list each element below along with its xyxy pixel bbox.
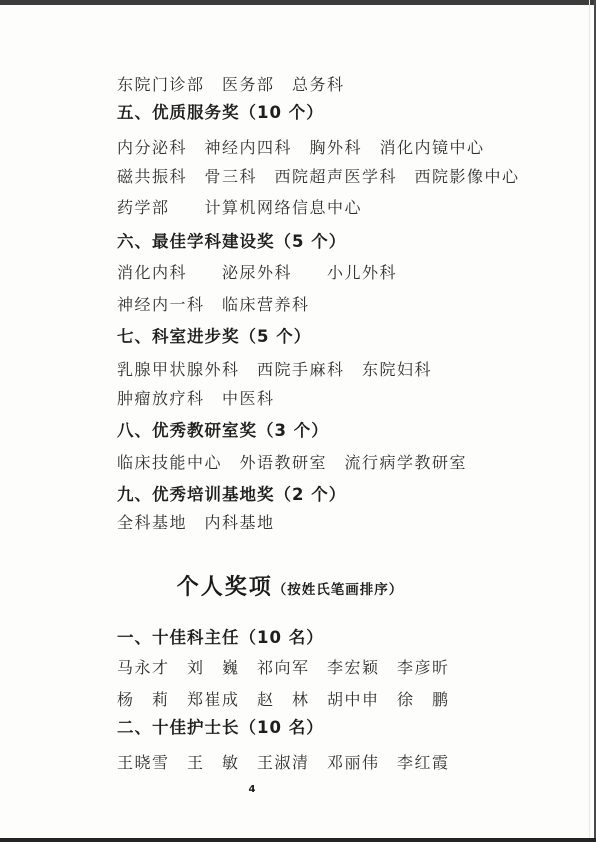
award-heading-1: 一、十佳科主任（10 名） <box>117 627 324 649</box>
award-heading-6: 六、最佳学科建设奖（5 个） <box>117 231 346 253</box>
document-page: 东院门诊部 医务部 总务科 五、优质服务奖（10 个） 内分泌科 神经内四科 胸… <box>0 0 596 842</box>
dept-list-line: 临床技能中心 外语教研室 流行病学教研室 <box>117 452 467 474</box>
dept-list-line: 内分泌科 神经内四科 胸外科 消化内镜中心 <box>117 137 485 159</box>
dept-list-line: 东院门诊部 医务部 总务科 <box>117 74 345 96</box>
name-list-line: 杨 莉 郑崔成 赵 林 胡中申 徐 鹏 <box>117 689 450 711</box>
dept-list-line: 磁共振科 骨三科 西院超声医学科 西院影像中心 <box>117 166 520 188</box>
dept-list-line: 药学部 计算机网络信息中心 <box>117 197 362 219</box>
dept-list-line: 全科基地 内科基地 <box>117 512 275 534</box>
scan-edge-right-faint <box>589 0 590 842</box>
dept-list-line: 神经内一科 临床营养科 <box>117 294 310 316</box>
scan-edge-bottom <box>0 838 596 842</box>
section-title-main: 个人奖项 <box>177 575 273 600</box>
scan-edge-top <box>0 0 596 5</box>
dept-list-line: 肿瘤放疗科 中医科 <box>117 388 275 410</box>
award-heading-7: 七、科室进步奖（5 个） <box>117 326 311 348</box>
name-list-line: 王晓雪 王 敏 王淑清 邓丽伟 李红霞 <box>117 752 450 774</box>
award-heading-2: 二、十佳护士长（10 名） <box>117 717 324 739</box>
award-heading-8: 八、优秀教研室奖（3 个） <box>117 420 329 442</box>
dept-list-line: 消化内科 泌尿外科 小儿外科 <box>117 262 397 284</box>
award-heading-5: 五、优质服务奖（10 个） <box>117 102 324 124</box>
section-title: 个人奖项（按姓氏笔画排序） <box>0 570 580 601</box>
section-title-note: （按姓氏笔画排序） <box>273 582 404 598</box>
dept-list-line: 乳腺甲状腺外科 西院手麻科 东院妇科 <box>117 359 432 381</box>
name-list-line: 马永才 刘 巍 祁向军 李宏颖 李彦昕 <box>117 657 450 679</box>
page-number: 4 <box>240 784 264 795</box>
award-heading-9: 九、优秀培训基地奖（2 个） <box>117 484 346 506</box>
